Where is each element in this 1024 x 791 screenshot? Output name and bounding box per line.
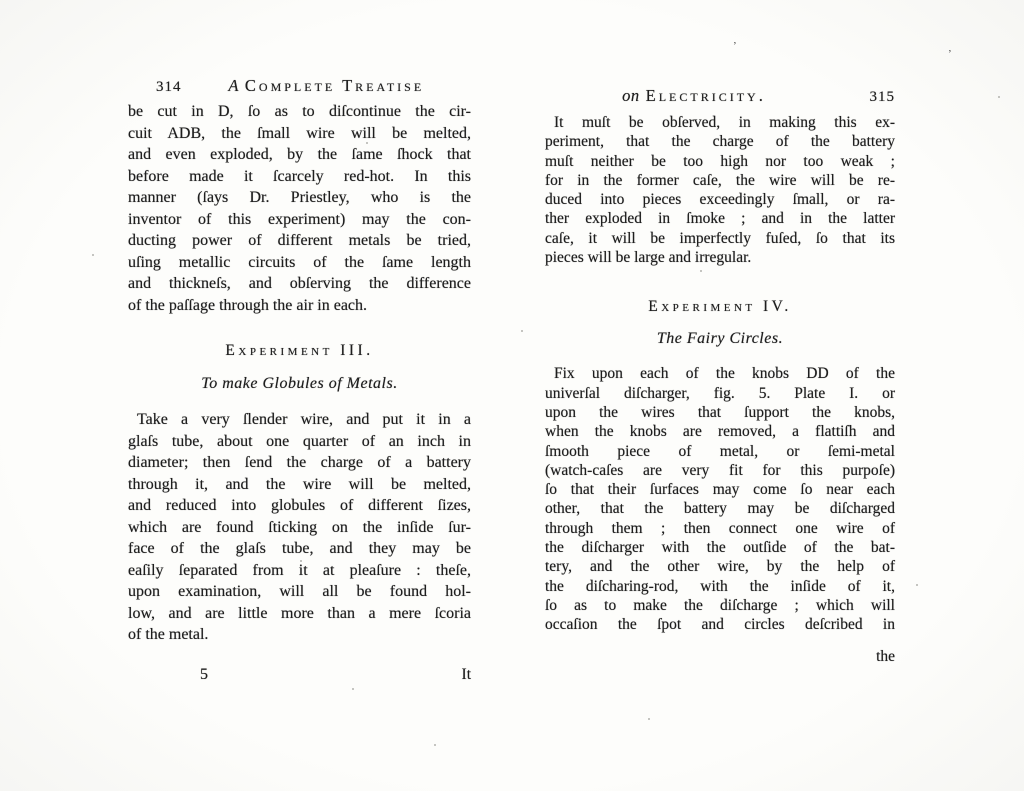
text-line: and reduced into globules of different ſ… (128, 495, 471, 517)
book-scan-background: 314 AComplete Treatise be cut in D, ſo a… (0, 0, 1024, 791)
left-experiment-heading: Experiment III. (128, 342, 471, 360)
text-line: ducting power of different metals be tri… (128, 230, 471, 252)
text-line: which are found ſticking on the inſide ſ… (128, 517, 471, 539)
text-line: other, that the battery may be diſcharge… (545, 499, 895, 518)
text-line: Take a very ſlender wire, and put it in … (128, 409, 471, 431)
scan-speck (92, 254, 94, 256)
left-header-title: AComplete Treatise (182, 76, 472, 96)
text-line: univerſal diſcharger, fig. 5. Plate I. o… (545, 384, 895, 403)
right-sub-heading: The Fairy Circles. (545, 330, 895, 348)
text-line: the diſcharger with the outſide of the b… (545, 538, 895, 557)
text-line: Fix upon each of the knobs DD of the (545, 364, 895, 383)
right-header-smallcaps: Electricity. (646, 86, 766, 105)
scan-speck (300, 560, 302, 562)
text-line: caſe, it will be imperfectly fuſed, ſo t… (545, 229, 895, 248)
scan-artifact-mark: ’ (948, 48, 952, 60)
right-paragraph-2: Fix upon each of the knobs DD of theuniv… (545, 364, 895, 634)
left-paragraph-1: be cut in D, ſo as to diſcontinue the ci… (128, 101, 471, 316)
text-line: low, and are little more than a mere ſco… (128, 603, 471, 625)
right-header-lead-italic: on (622, 86, 640, 105)
right-experiment-heading: Experiment IV. (545, 298, 895, 316)
text-line: muſt neither be too high nor too weak ; (545, 152, 895, 171)
left-running-head: 314 AComplete Treatise (128, 76, 471, 96)
left-header-lead-italic: A (228, 76, 239, 95)
text-line: when the knobs are removed, a flattiſh a… (545, 422, 895, 441)
text-line: eaſily ſeparated from it at pleaſure : t… (128, 560, 471, 582)
scan-speck (998, 96, 1000, 98)
text-line: through it, and the wire will be melted, (128, 474, 471, 496)
text-line: ſo that their ſurfaces may come ſo near … (545, 480, 895, 499)
right-page: onElectricity. 315 It muſt be obſerved, … (545, 86, 895, 666)
left-header-smallcaps: Complete Treatise (245, 76, 424, 95)
signature-mark: 5 (200, 666, 208, 684)
scan-speck (700, 270, 702, 272)
right-page-footer: the (545, 648, 895, 666)
left-sub-heading: To make Globules of Metals. (128, 375, 471, 393)
right-catchword: the (876, 648, 895, 666)
scan-speck (366, 142, 368, 144)
right-running-head: onElectricity. 315 (545, 86, 895, 106)
scan-speck (434, 744, 436, 746)
right-paragraph-1: It muſt be obſerved, in making this ex-p… (545, 113, 895, 267)
left-page-footer: 5 It (128, 666, 471, 684)
text-line: of the metal. (128, 624, 471, 646)
text-line: upon examination, will all be found hol- (128, 581, 471, 603)
text-line: uſing metallic circuits of the ſame leng… (128, 252, 471, 274)
text-line: pieces will be large and irregular. (545, 248, 895, 267)
text-line: the diſcharing-rod, with the inſide of i… (545, 577, 895, 596)
right-header-title: onElectricity. (545, 86, 843, 106)
text-line: face of the glaſs tube, and they may be (128, 538, 471, 560)
left-catchword: It (462, 666, 471, 684)
scan-speck (916, 584, 918, 586)
text-line: be cut in D, ſo as to diſcontinue the ci… (128, 101, 471, 123)
left-paragraph-2: Take a very ſlender wire, and put it in … (128, 409, 471, 646)
text-line: duced into pieces exceedingly ſmall, or … (545, 190, 895, 209)
text-line: of the paſſage through the air in each. (128, 295, 471, 317)
text-line: before made it ſcarcely red-hot. In this (128, 166, 471, 188)
text-line: diameter; then ſend the charge of a batt… (128, 452, 471, 474)
right-page-number: 315 (843, 89, 895, 106)
left-page-number: 314 (156, 79, 182, 96)
text-line: glaſs tube, about one quarter of an inch… (128, 431, 471, 453)
text-line: occaſion the ſpot and circles deſcribed … (545, 615, 895, 634)
text-line: ſmooth piece of metal, or ſemi-metal (545, 442, 895, 461)
scan-speck (352, 688, 354, 690)
text-line: ſo as to make the diſcharge ; which will (545, 596, 895, 615)
text-line: It muſt be obſerved, in making this ex- (545, 113, 895, 132)
text-line: and thickneſs, and obſerving the differe… (128, 273, 471, 295)
text-line: ther exploded in ſmoke ; and in the latt… (545, 209, 895, 228)
text-line: cuit ADB, the ſmall wire will be melted, (128, 123, 471, 145)
text-line: tery, and the other wire, by the help of (545, 557, 895, 576)
scan-artifact-mark: ’ (733, 40, 737, 52)
text-line: and even exploded, by the ſame ſhock tha… (128, 144, 471, 166)
text-line: manner (ſays Dr. Priestley, who is the (128, 187, 471, 209)
text-line: for in the former caſe, the wire will be… (545, 171, 895, 190)
left-page: 314 AComplete Treatise be cut in D, ſo a… (128, 76, 471, 684)
text-line: upon the wires that ſupport the knobs, (545, 403, 895, 422)
text-line: inventor of this experiment) may the con… (128, 209, 471, 231)
scan-speck (521, 330, 523, 332)
scan-speck (648, 718, 650, 720)
text-line: through them ; then connect one wire of (545, 519, 895, 538)
text-line: periment, that the charge of the battery (545, 132, 895, 151)
text-line: (watch-caſes are very fit for this purpo… (545, 461, 895, 480)
